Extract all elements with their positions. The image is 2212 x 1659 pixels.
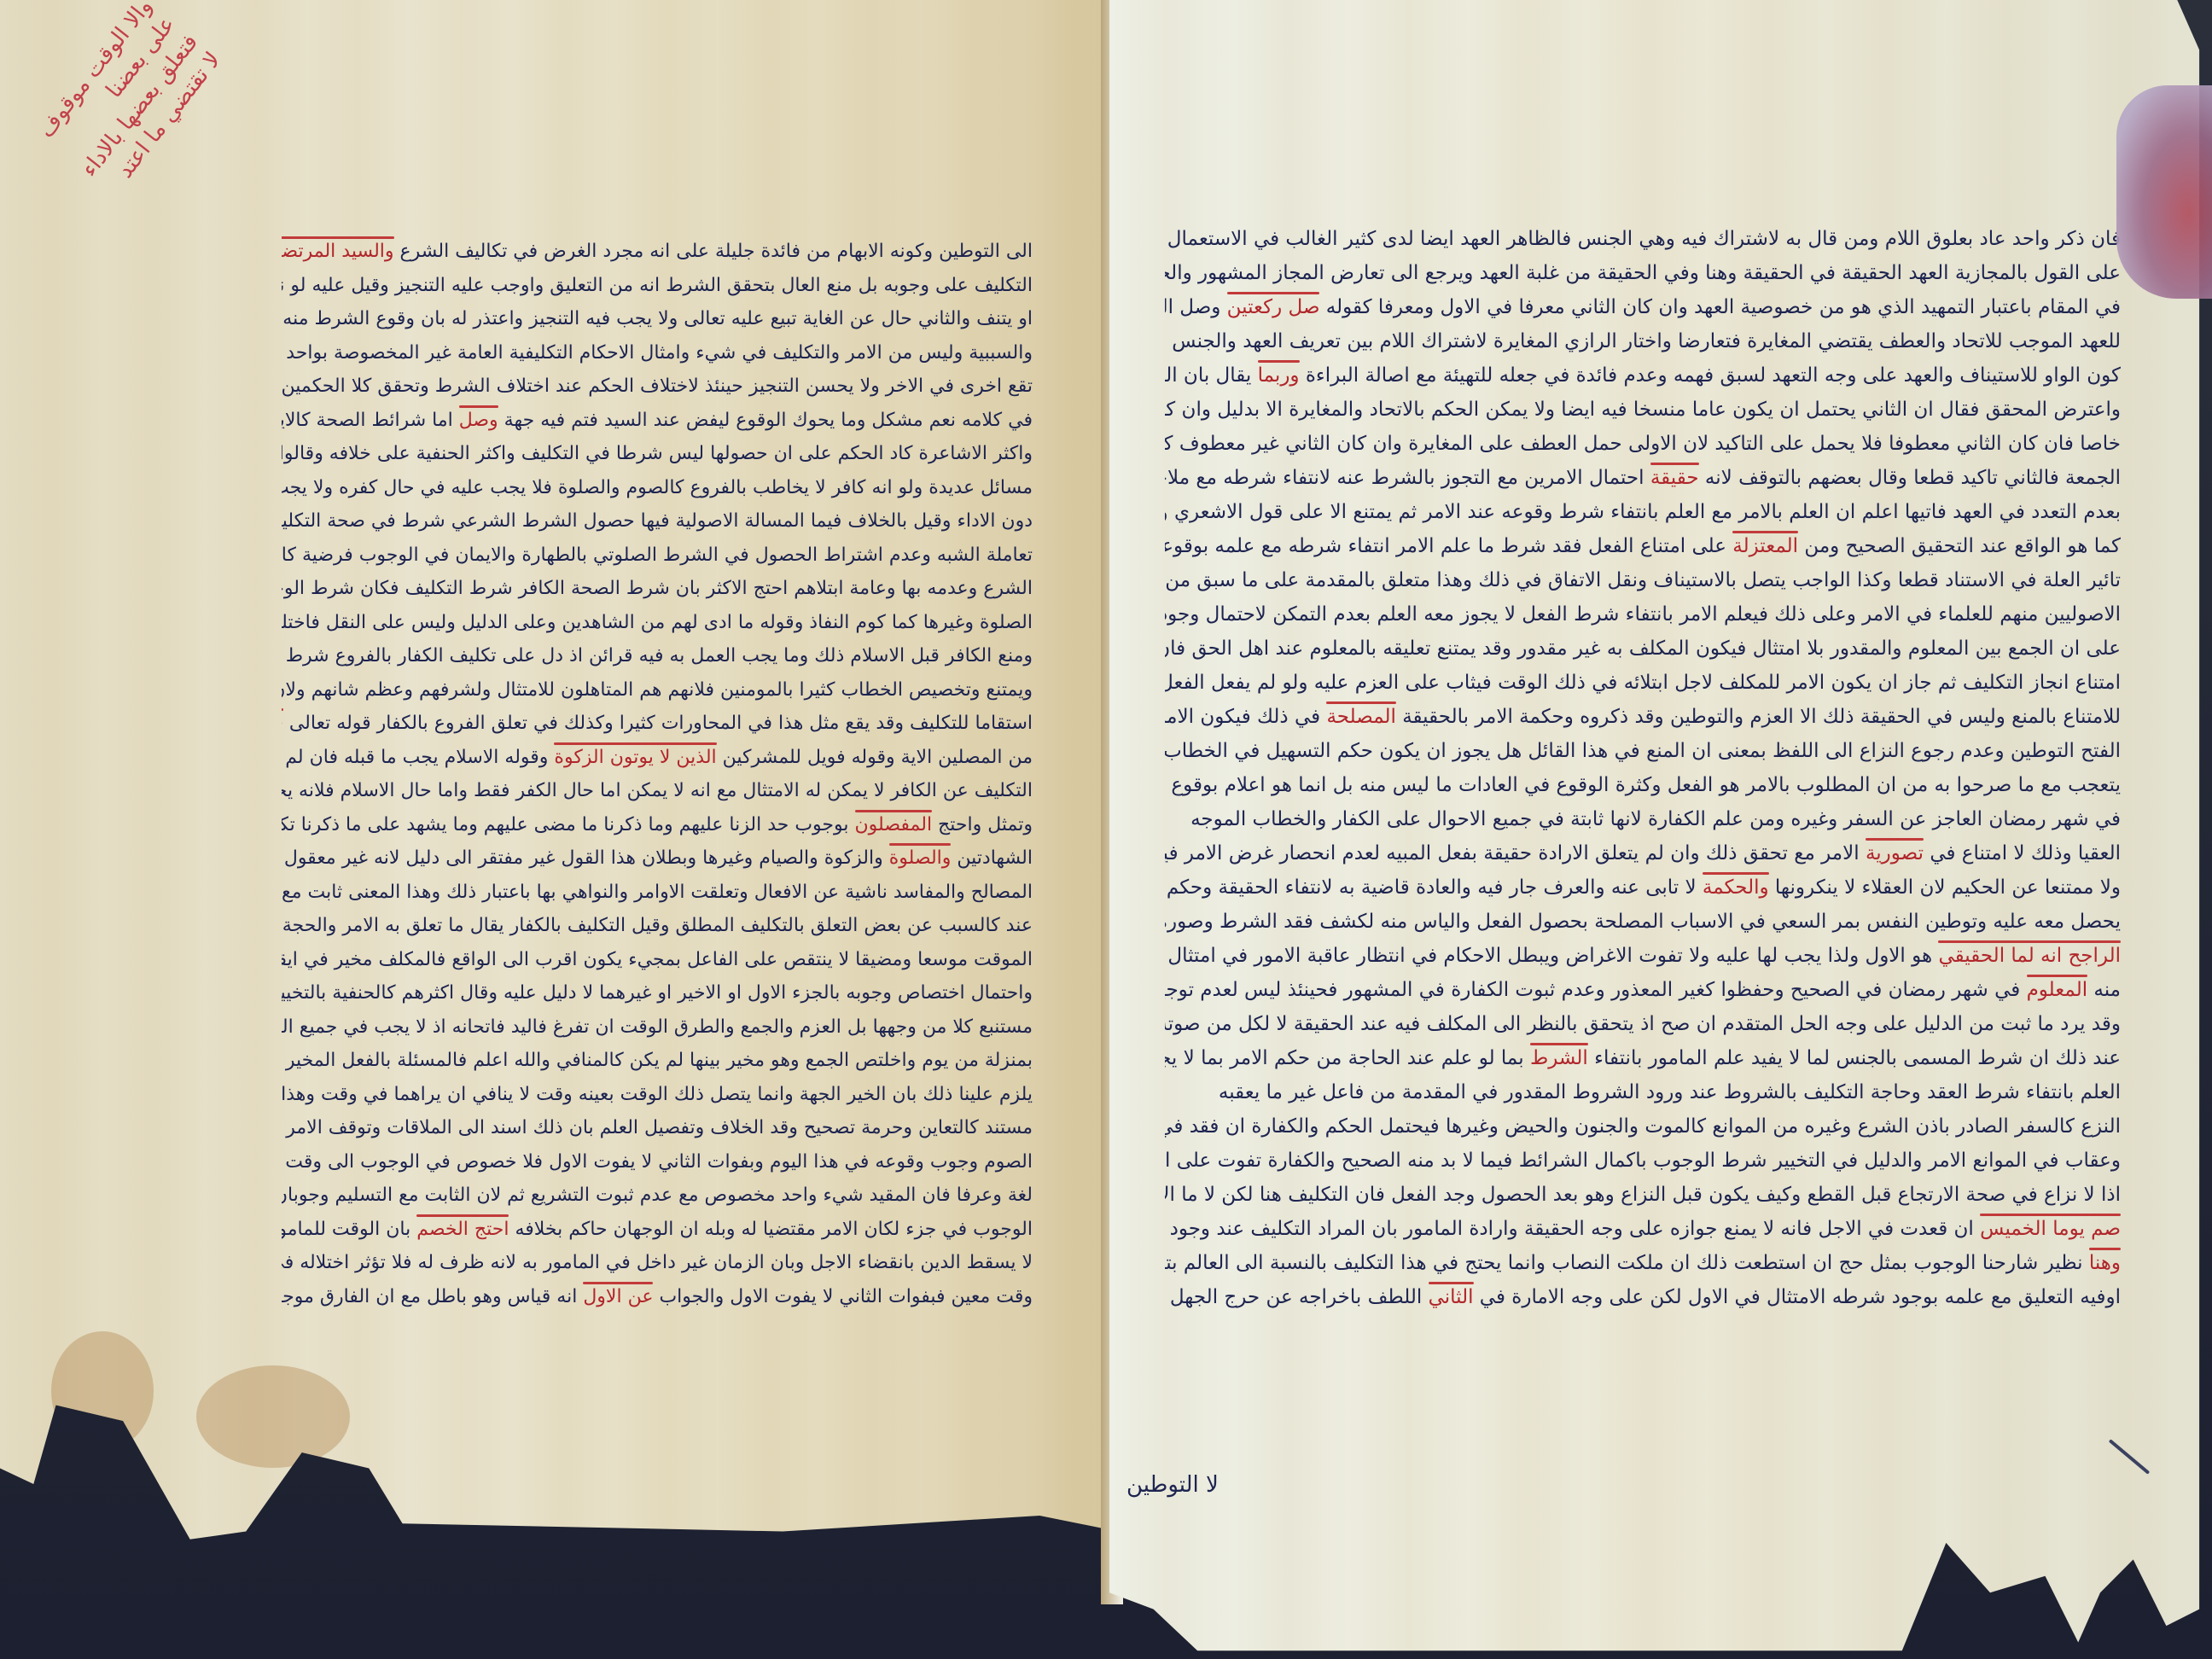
red-overline — [416, 1214, 509, 1217]
rubric-text: المفصلون — [855, 814, 933, 835]
red-overline — [2089, 1248, 2121, 1250]
red-overline — [1732, 531, 1798, 533]
line-text: اوفيه التعليق مع علمه بوجود شرطه الامتثا… — [1474, 1286, 2122, 1308]
manuscript-line: دون الاداء وقيل بالخلاف فيما المسالة الا… — [282, 504, 1033, 538]
manuscript-line: مستند كالتعاين وحرمة تصحيح وقد الخلاف وت… — [282, 1111, 1033, 1145]
manuscript-line: كما هو الواقع عند التحقيق الصحيح ومن الم… — [1165, 529, 2121, 563]
line-text: يتعجب مع ما صرحوا به من ان المطلوب بالام… — [1165, 774, 2121, 796]
manuscript-line: وعقاب في الموانع الامر والدليل في التخيي… — [1165, 1144, 2121, 1178]
line-text: دون الاداء وقيل بالخلاف فيما المسالة الا… — [282, 510, 1033, 532]
rubric-text: عن الاول — [583, 1286, 653, 1307]
manuscript-line: وقد يرد ما ثبت من الدليل على وجه الحل ال… — [1165, 1007, 2121, 1041]
line-text: الصوم وجوب وقوعه في هذا اليوم وبفوات الث… — [282, 1151, 1033, 1173]
manuscript-line: تعاملة الشبه وعدم اشتراط الحصول في الشرط… — [282, 538, 1033, 573]
manuscript-line: يتعجب مع ما صرحوا به من ان المطلوب بالام… — [1165, 768, 2121, 802]
line-text: المصالح والمفاسد ناشية عن الافعال وتعلقت… — [282, 882, 1033, 903]
manuscript-line: عند كالسبب عن بعض التعلق بالتكليف المطلق… — [282, 909, 1033, 943]
rubric-text: صم يوما الخميس — [1980, 1218, 2121, 1240]
red-overline — [1703, 872, 1769, 875]
line-text: بعدم التعدد في العهد فاتيها اعلم ان العل… — [1165, 501, 2121, 523]
manuscript-line: صم يوما الخميس ان قعدت في الاجل فانه لا … — [1165, 1212, 2121, 1246]
water-stain — [196, 1365, 350, 1468]
right-page: فان ذكر واحد عاد بعلوق اللام ومن قال به … — [1109, 0, 2210, 1659]
manuscript-line: عند ذلك ان شرط المسمى بالجنس لما لا يفيد… — [1165, 1041, 2121, 1075]
line-text: التكليف على وجوبه بل منع العال بتحقق الش… — [282, 275, 1033, 296]
red-overline — [1650, 463, 1699, 465]
manuscript-line: العلم بانتفاء شرط العقد وحاجة التكليف با… — [1165, 1075, 2121, 1109]
line-text: او يتنف والثاني حال عن الغاية تبيع عليه … — [282, 308, 1033, 329]
line-text: وقوله الاسلام يجب ما قبله فان لم يكن تكل… — [282, 747, 554, 768]
rubric-text: وهنا — [2089, 1252, 2121, 1274]
line-text: في شهر رمضان العاجز عن السفر وغيره ومن ع… — [1190, 808, 2121, 830]
line-text: النزع كالسفر الصادر باذن الشرع وغيره من … — [1165, 1115, 2121, 1138]
line-text: بما لو علم عند الحاجة من حكم الامر بما ل… — [1165, 1047, 1530, 1069]
line-text: بان الوقت للمامور به كالاجل للدين فلا يس… — [282, 1219, 416, 1240]
rubric-text: وصل — [459, 410, 498, 431]
manuscript-line: مستنبع كلا من وجهها بل العزم والجمع والط… — [282, 1010, 1033, 1045]
manuscript-line: العقيا وذلك لا امتناع في تصورية الامر مع… — [1165, 836, 2121, 870]
manuscript-line: واحتمال اختصاص وجوبه بالجزء الاول او الا… — [282, 976, 1033, 1010]
line-text: ان قعدت في الاجل فانه لا يمنع جوازه على … — [1165, 1218, 1980, 1240]
red-overline — [2027, 975, 2088, 977]
manuscript-line: الشهادتين والصلوة والزكوة والصيام وغيرها… — [282, 841, 1033, 876]
line-text: والسببية وليس من الامر والتكليف في شيء و… — [282, 342, 1033, 364]
rubric-text: صل ركعتين — [1227, 296, 1320, 318]
rubric-text: المصلحة — [1326, 706, 1395, 728]
red-overline — [1530, 1043, 1588, 1045]
line-text: يلزم علينا ذلك بان الخير الجهة وانما يتص… — [282, 1084, 1033, 1105]
manuscript-line: على القول بالمجازية العهد الحقيقة في الح… — [1165, 256, 2121, 290]
line-text: في المقام باعتبار التمهيد الذي هو من خصو… — [1319, 296, 2121, 318]
line-text: الموقت موسعا ومضيقا لا ينتقص على الفاعل … — [282, 949, 1033, 970]
line-text: تائير العلة في الاستناد قطعا وكذا الواجب… — [1165, 569, 2121, 591]
manuscript-line: اذا لا نزاع في صحة الارتجاع قبل القطع وك… — [1165, 1178, 2121, 1212]
line-text: استقاما للتكليف وقد يقع مثل هذا في المحا… — [283, 713, 1033, 734]
manuscript-line: وقت معين فبفوات الثاني لا يفوت الاول وال… — [282, 1280, 1033, 1314]
line-text: اذا لا نزاع في صحة الارتجاع قبل القطع وك… — [1165, 1184, 2121, 1206]
line-text: خاصا فان كان الثاني معطوفا فلا يحمل على … — [1165, 433, 2121, 455]
line-text: في ذلك فيكون الامر به صحيحا — [1165, 706, 1326, 728]
line-text: نظير شارحنا الوجوب بمثل حج ان استطعت ذلك… — [1165, 1252, 2089, 1274]
manuscript-line: واعترض المحقق فقال ان الثاني يحتمل ان يك… — [1165, 393, 2121, 427]
line-text: ولا ممتنعا عن الحكيم لان العقلاء لا ينكر… — [1769, 876, 2121, 899]
rubric-text: المعتزلة — [1732, 535, 1798, 557]
manuscript-line: ولا ممتنعا عن الحكيم لان العقلاء لا ينكر… — [1165, 870, 2121, 905]
left-page-text-block: الى التوطين وكونه الابهام من فائدة جليلة… — [282, 235, 1033, 1313]
line-text: على ان الجمع بين المعلوم والمقدور بلا ام… — [1165, 637, 2121, 660]
line-text: لا يسقط الدين بانقضاء الاجل وبان الزمان … — [282, 1252, 1033, 1273]
line-text: منه — [2087, 979, 2121, 1001]
manuscript-line: لا يسقط الدين بانقضاء الاجل وبان الزمان … — [282, 1246, 1033, 1280]
line-text: الشرع وعدمه بها وعامة ابتلاهم احتج الاكث… — [282, 578, 1033, 599]
red-overline — [855, 810, 933, 812]
line-text: انه قياس وهو باطل مع ان الفارق موجود فان… — [282, 1286, 583, 1307]
manuscript-line: ومنع الكافر قبل الاسلام ذلك وما يجب العم… — [282, 639, 1033, 673]
manuscript-line: مسائل عديدة ولو انه كافر لا يخاطب بالفرو… — [282, 471, 1033, 505]
line-text: عند ذلك ان شرط المسمى بالجنس لما لا يفيد… — [1588, 1047, 2121, 1069]
manuscript-line: التكليف عن الكافر لا يمكن له الامتثال مع… — [282, 774, 1033, 808]
line-text: على القول بالمجازية العهد الحقيقة في الح… — [1165, 262, 2121, 284]
manuscript-line: اوفيه التعليق مع علمه بوجود شرطه الامتثا… — [1165, 1280, 2121, 1314]
red-overline — [1258, 360, 1300, 363]
line-text: يقال بان الظاهر المنساق في المقام — [1165, 364, 1258, 387]
right-page-text-block: فان ذكر واحد عاد بعلوق اللام ومن قال به … — [1165, 222, 2121, 1314]
line-text: الصلوة وغيرها كما كوم النفاذ وقوله ما اد… — [282, 612, 1033, 633]
line-text: وعقاب في الموانع الامر والدليل في التخيي… — [1165, 1150, 2121, 1172]
line-text: يحصل معه عليه وتوطين النفس بمر السعي في … — [1165, 911, 2121, 933]
line-text: اللطف باخراجه عن حرج الجهل كي لا يركن ال… — [1165, 1286, 1429, 1308]
manuscript-line: النزع كالسفر الصادر باذن الشرع وغيره من … — [1165, 1109, 2121, 1144]
manuscript-line: الوجوب في جزء لكان الامر مقتضيا له وبله … — [282, 1213, 1033, 1247]
line-text: فان ذكر واحد عاد بعلوق اللام ومن قال به … — [1165, 228, 2121, 250]
rubric-text: الثاني — [1429, 1286, 1474, 1308]
rubric-text: وربما — [1258, 364, 1300, 387]
line-text: اما شرائط الصحة كالايمان للطاعات والطهار… — [282, 410, 459, 431]
red-overline — [554, 742, 716, 745]
holding-finger — [2116, 85, 2212, 299]
red-overline — [282, 708, 283, 711]
line-text: واعترض المحقق فقال ان الثاني يحتمل ان يك… — [1165, 399, 2121, 421]
line-text: العلم بانتفاء شرط العقد وحاجة التكليف با… — [1219, 1081, 2121, 1103]
line-text: الامر مع تحقق ذلك وان لم يتعلق الارادة ح… — [1165, 842, 1866, 864]
line-text: الفتح التوطين وعدم رجوع النزاع الى اللفظ… — [1165, 740, 2121, 762]
line-text: كون الواو للاستيناف والعهد على وجه التعه… — [1300, 364, 2121, 387]
red-overline — [1980, 1214, 2121, 1216]
line-text: تقع اخرى في الاخر ولا يحسن التنجيز حينئذ… — [282, 375, 1033, 397]
manuscript-line: وهنا نظير شارحنا الوجوب بمثل حج ان استطع… — [1165, 1246, 2121, 1280]
line-text: للامتناع بالمنع وليس في الحقيقة ذلك الا … — [1396, 706, 2121, 728]
manuscript-line: الفتح التوطين وعدم رجوع النزاع الى اللفظ… — [1165, 734, 2121, 768]
line-text: وصل الركعتين فتوقف جماعة لان اللام — [1165, 296, 1227, 318]
line-text: واكثر الاشاعرة كاد الحكم على ان حصولها ل… — [282, 443, 1033, 464]
manuscript-line: المصالح والمفاسد ناشية عن الافعال وتعلقت… — [282, 876, 1033, 910]
line-text: مستند كالتعاين وحرمة تصحيح وقد الخلاف وت… — [282, 1117, 1033, 1138]
manuscript-line: يلزم علينا ذلك بان الخير الجهة وانما يتص… — [282, 1078, 1033, 1112]
rubric-text: الشرط — [1530, 1047, 1588, 1069]
red-overline — [282, 236, 394, 239]
red-overline — [1866, 838, 1924, 841]
manuscript-line: للامتناع بالمنع وليس في الحقيقة ذلك الا … — [1165, 700, 2121, 734]
manuscript-line: بمنزلة من يوم واخلتص الجمع وهو مخير بينه… — [282, 1044, 1033, 1078]
line-text: الاصوليين منهم للعلماء في الامر وعلى ذلك… — [1165, 603, 2121, 626]
manuscript-line: الاصوليين منهم للعلماء في الامر وعلى ذلك… — [1165, 597, 2121, 632]
line-text: التكليف عن الكافر لا يمكن له الامتثال مع… — [282, 780, 1033, 801]
manuscript-line: تائير العلة في الاستناد قطعا وكذا الواجب… — [1165, 563, 2121, 597]
manuscript-line: يحصل معه عليه وتوطين النفس بمر السعي في … — [1165, 905, 2121, 939]
manuscript-line: الجمعة فالثاني تاكيد قطعا وقال بعضهم بال… — [1165, 461, 2121, 495]
rubric-text: الراجح انه لما الحقيقي — [1938, 945, 2121, 967]
red-overline — [1326, 701, 1395, 704]
manuscript-line: الموقت موسعا ومضيقا لا ينتقص على الفاعل … — [282, 943, 1033, 977]
manuscript-line: التكليف على وجوبه بل منع العال بتحقق الش… — [282, 269, 1033, 303]
line-text: لغة وعرفا فان المقيد شيء واحد مخصوص مع ع… — [282, 1185, 1033, 1206]
line-text: العقيا وذلك لا امتناع في — [1924, 842, 2121, 864]
manuscript-line: او يتنف والثاني حال عن الغاية تبيع عليه … — [282, 302, 1033, 336]
line-text: والزكوة والصيام وغيرها وبطلان هذا القول … — [282, 847, 889, 869]
line-text: تعاملة الشبه وعدم اشتراط الحصول في الشرط… — [282, 544, 1033, 566]
line-text: مستنبع كلا من وجهها بل العزم والجمع والط… — [282, 1016, 1033, 1038]
manuscript-line: ويمتنع وتخصيص الخطاب كثيرا بالمومنين فلا… — [282, 673, 1033, 707]
line-text: احتمال الامرين مع التجوز بالشرط عنه لانت… — [1165, 467, 1650, 489]
line-text: في كلامه نعم مشكل وما يحوك الوقوع ليفض ع… — [498, 410, 1033, 431]
manuscript-line: من المصلين الاية وقوله فويل للمشركين الذ… — [282, 741, 1033, 775]
manuscript-line: الصلوة وغيرها كما كوم النفاذ وقوله ما اد… — [282, 606, 1033, 640]
red-overline — [1429, 1282, 1474, 1284]
manuscript-line: استقاما للتكليف وقد يقع مثل هذا في المحا… — [282, 707, 1033, 741]
line-text: مسائل عديدة ولو انه كافر لا يخاطب بالفرو… — [282, 477, 1033, 498]
manuscript-line: خاصا فان كان الثاني معطوفا فلا يحمل على … — [1165, 427, 2121, 461]
line-text: الوجوب في جزء لكان الامر مقتضيا له وبله … — [509, 1219, 1033, 1240]
line-text: على امتناع الفعل فقد شرط ما علم الامر ان… — [1165, 535, 1732, 557]
rubric-text: والسيد المرتضى — [282, 241, 394, 262]
line-text: ومنع الكافر قبل الاسلام ذلك وما يجب العم… — [282, 645, 1033, 667]
line-text: عند كالسبب عن بعض التعلق بالتكليف المطلق… — [282, 915, 1033, 936]
manuscript-line: فان ذكر واحد عاد بعلوق اللام ومن قال به … — [1165, 222, 2121, 256]
line-text: هو الاول ولذا يجب لها عليه ولا تفوت الاغ… — [1165, 945, 1938, 967]
line-text: لا تابى عنه والعرف جار فيه والعادة قاضية… — [1165, 876, 1703, 899]
red-overline — [1938, 940, 2121, 943]
line-text: للعهد الموجب للاتحاد والعطف يقتضي المغاي… — [1165, 330, 2121, 352]
rubric-text: الذين لا يوتون الزكوة — [554, 747, 716, 768]
line-text: الجمعة فالثاني تاكيد قطعا وقال بعضهم بال… — [1699, 467, 2121, 489]
rubric-text: حقيقة — [1650, 467, 1699, 489]
manuscript-line: وتمثل واحتج المفصلون بوجوب حد الزنا عليه… — [282, 808, 1033, 842]
line-text: بمنزلة من يوم واخلتص الجمع وهو مخير بينه… — [282, 1050, 1033, 1071]
manuscript-line: في شهر رمضان العاجز عن السفر وغيره ومن ع… — [1165, 802, 2121, 836]
manuscript-line: امتناع انجاز التكليف ثم جاز ان يكون الام… — [1165, 666, 2121, 700]
line-text: من المصلين الاية وقوله فويل للمشركين — [717, 747, 1033, 768]
line-text: في شهر رمضان في الصحيح وحفظوا كغير المعذ… — [1165, 979, 2027, 1001]
manuscript-line: تقع اخرى في الاخر ولا يحسن التنجيز حينئذ… — [282, 370, 1033, 404]
line-text: ويمتنع وتخصيص الخطاب كثيرا بالمومنين فلا… — [282, 679, 1033, 701]
manuscript-line: واكثر الاشاعرة كاد الحكم على ان حصولها ل… — [282, 437, 1033, 471]
line-text: وتمثل واحتج — [932, 814, 1033, 835]
red-overline — [583, 1282, 653, 1284]
manuscript-line: الشرع وعدمه بها وعامة ابتلاهم احتج الاكث… — [282, 572, 1033, 606]
line-text: وقد يرد ما ثبت من الدليل على وجه الحل ال… — [1165, 1013, 2121, 1035]
red-overline — [889, 843, 952, 846]
manuscript-line: بعدم التعدد في العهد فاتيها اعلم ان العل… — [1165, 495, 2121, 529]
catchword: لا التوطين — [1126, 1472, 1219, 1498]
red-marginal-note: والا الوقت موقوف على بعضنا فتعلق بعضها ب… — [10, 0, 298, 280]
left-page: والا الوقت موقوف على بعضنا فتعلق بعضها ب… — [0, 0, 1118, 1579]
manuscript-line: في المقام باعتبار التمهيد الذي هو من خصو… — [1165, 290, 2121, 324]
line-text: امتناع انجاز التكليف ثم جاز ان يكون الام… — [1165, 672, 2121, 694]
line-text: واحتمال اختصاص وجوبه بالجزء الاول او الا… — [282, 982, 1033, 1004]
rubric-text: احتج الخصم — [416, 1219, 509, 1240]
red-overline — [1227, 292, 1320, 294]
manuscript-line: للعهد الموجب للاتحاد والعطف يقتضي المغاي… — [1165, 324, 2121, 358]
line-text: كما هو الواقع عند التحقيق الصحيح ومن — [1798, 535, 2121, 557]
line-text: الشهادتين — [951, 847, 1033, 869]
rubric-text: والصلوة — [889, 847, 952, 869]
manuscript-line: الى التوطين وكونه الابهام من فائدة جليلة… — [282, 235, 1033, 269]
rubric-text: المعلوم — [2027, 979, 2088, 1001]
rubric-text: تصورية — [1866, 842, 1924, 864]
manuscript-line: لغة وعرفا فان المقيد شيء واحد مخصوص مع ع… — [282, 1179, 1033, 1213]
line-text: بوجوب حد الزنا عليهم وما ذكرنا ما مضى عل… — [282, 814, 855, 835]
manuscript-line: منه المعلوم في شهر رمضان في الصحيح وحفظو… — [1165, 973, 2121, 1007]
red-overline — [459, 405, 498, 408]
manuscript-line: على ان الجمع بين المعلوم والمقدور بلا ام… — [1165, 632, 2121, 666]
manuscript-line: في كلامه نعم مشكل وما يحوك الوقوع ليفض ع… — [282, 404, 1033, 438]
rubric-text: والحكمة — [1703, 876, 1769, 899]
line-text: وقت معين فبفوات الثاني لا يفوت الاول وال… — [653, 1286, 1033, 1307]
manuscript-line: الراجح انه لما الحقيقي هو الاول ولذا يجب… — [1165, 939, 2121, 973]
manuscript-line: والسببية وليس من الامر والتكليف في شيء و… — [282, 336, 1033, 370]
manuscript-line: الصوم وجوب وقوعه في هذا اليوم وبفوات الث… — [282, 1145, 1033, 1179]
line-text: الى التوطين وكونه الابهام من فائدة جليلة… — [394, 241, 1033, 262]
manuscript-line: كون الواو للاستيناف والعهد على وجه التعه… — [1165, 358, 2121, 393]
